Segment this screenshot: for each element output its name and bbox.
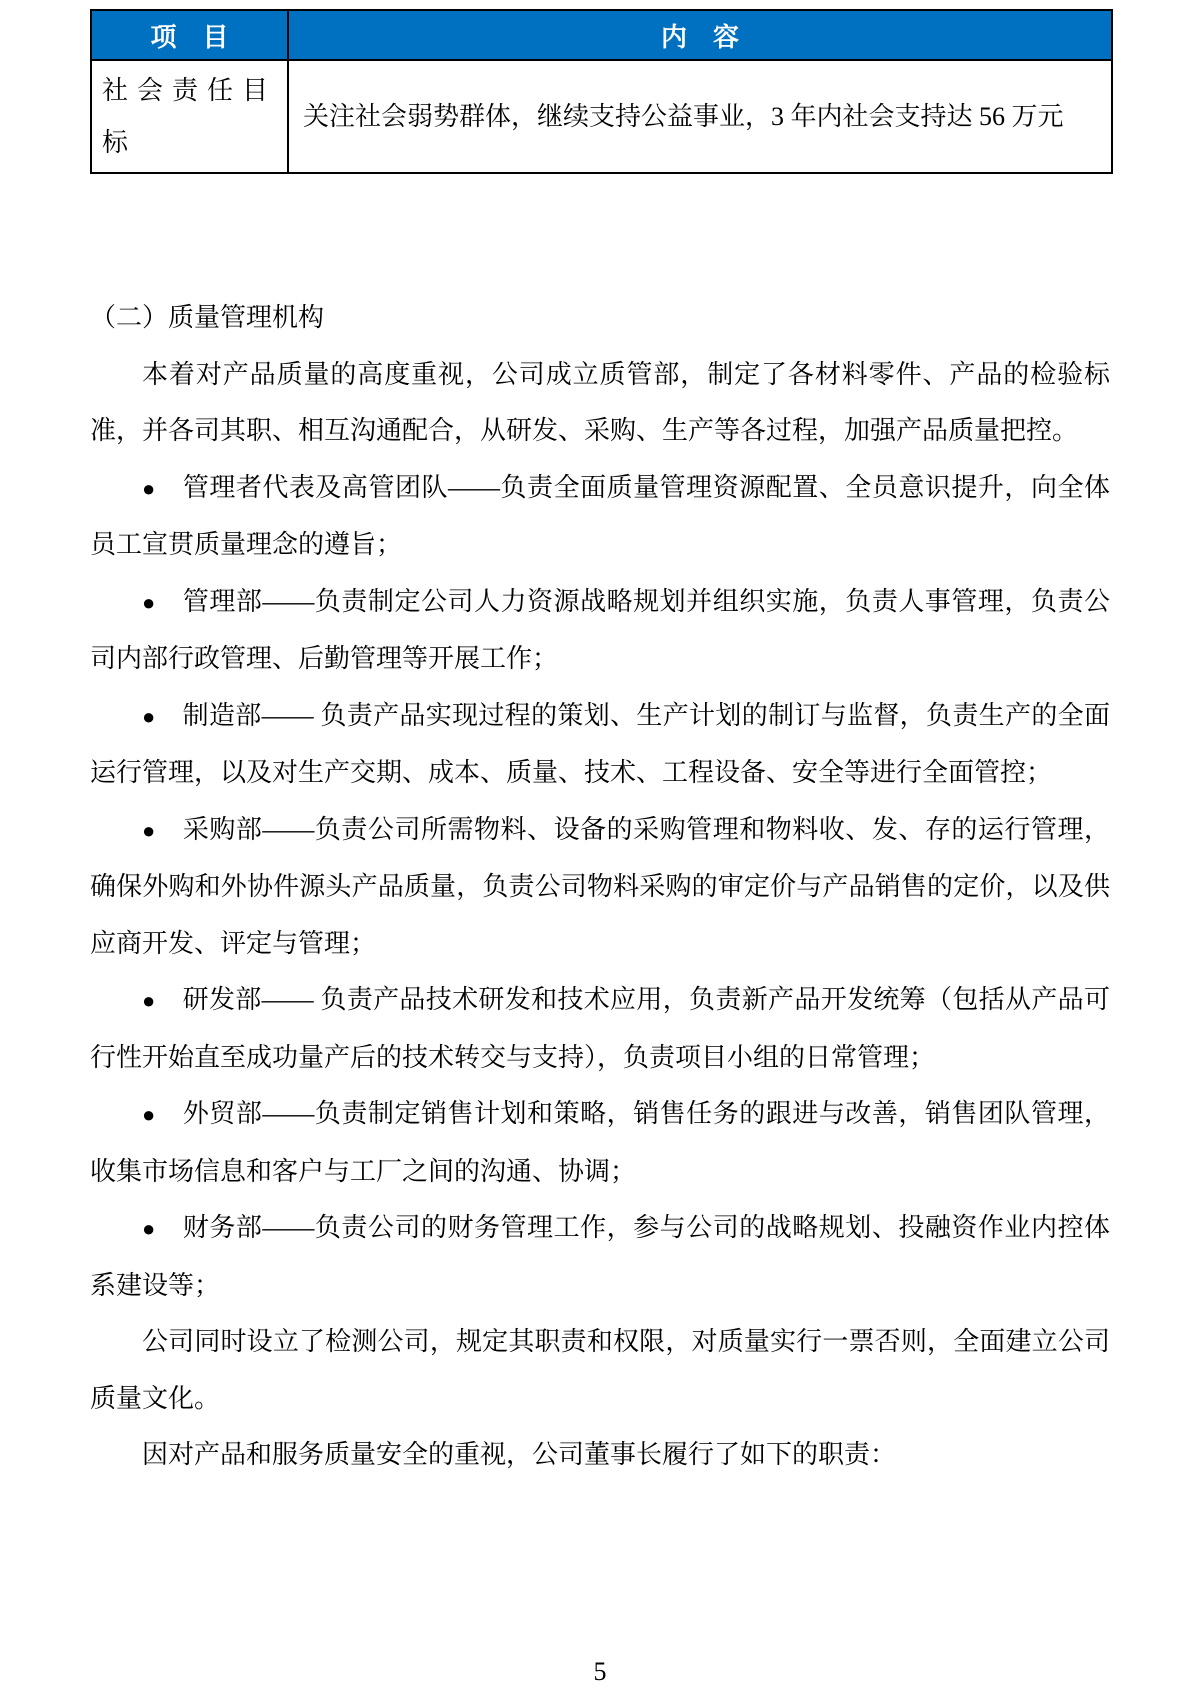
bullet-item: ●财务部——负责公司的财务管理工作，参与公司的战略规划、投融资作业内控体系建设等… [90, 1200, 1110, 1314]
bullet-text: 管理者代表及高管团队——负责全面质量管理资源配置、全员意识提升，向全体员工宣贯质… [90, 473, 1110, 560]
bullet-dot-icon: ● [142, 476, 156, 501]
closing-paragraph-2: 因对产品和服务质量安全的重视，公司董事长履行了如下的职责： [90, 1427, 1110, 1484]
bullet-dot-icon: ● [142, 818, 156, 843]
section-heading: （二）质量管理机构 [90, 290, 1110, 347]
table-cell-item: 社会责任目标 [91, 60, 288, 173]
bullet-dot-icon: ● [142, 988, 156, 1013]
closing-paragraph-1: 公司同时设立了检测公司，规定其职责和权限，对质量实行一票否则，全面建立公司质量文… [90, 1314, 1110, 1427]
bullet-item: ●采购部——负责公司所需物料、设备的采购管理和物料收、发、存的运行管理，确保外购… [90, 802, 1110, 973]
bullet-item: ●研发部—— 负责产品技术研发和技术应用，负责新产品开发统筹（包括从产品可行性开… [90, 972, 1110, 1086]
bullet-text: 外贸部——负责制定销售计划和策略，销售任务的跟进与改善，销售团队管理，收集市场信… [90, 1099, 1110, 1186]
bullet-item: ●管理部——负责制定公司人力资源战略规划并组织实施，负责人事管理，负责公司内部行… [90, 574, 1110, 688]
bullet-text: 管理部——负责制定公司人力资源战略规划并组织实施，负责人事管理，负责公司内部行政… [90, 587, 1110, 674]
table-cell-content: 关注社会弱势群体，继续支持公益事业，3 年内社会支持达 56 万元 [288, 60, 1112, 173]
bullet-dot-icon: ● [142, 1102, 156, 1127]
bullet-item: ●管理者代表及高管团队——负责全面质量管理资源配置、全员意识提升，向全体员工宣贯… [90, 460, 1110, 574]
bullet-text: 研发部—— 负责产品技术研发和技术应用，负责新产品开发统筹（包括从产品可行性开始… [90, 985, 1110, 1072]
bullet-item: ●制造部—— 负责产品实现过程的策划、生产计划的制订与监督，负责生产的全面运行管… [90, 688, 1110, 802]
bullet-item: ●外贸部——负责制定销售计划和策略，销售任务的跟进与改善，销售团队管理，收集市场… [90, 1086, 1110, 1200]
table-header-item: 项 目 [91, 10, 288, 60]
document-page: 项 目 内 容 社会责任目标 关注社会弱势群体，继续支持公益事业，3 年内社会支… [0, 0, 1200, 1697]
table-header-content: 内 容 [288, 10, 1112, 60]
page-number: 5 [0, 1652, 1200, 1692]
bullet-dot-icon: ● [142, 1216, 156, 1241]
bullet-dot-icon: ● [142, 590, 156, 615]
bullet-text: 采购部——负责公司所需物料、设备的采购管理和物料收、发、存的运行管理，确保外购和… [90, 815, 1110, 958]
intro-paragraph: 本着对产品质量的高度重视，公司成立质管部，制定了各材料零件、产品的检验标准，并各… [90, 347, 1110, 460]
table-header-row: 项 目 内 容 [91, 10, 1112, 60]
table-row: 社会责任目标 关注社会弱势群体，继续支持公益事业，3 年内社会支持达 56 万元 [91, 60, 1112, 173]
section-body: （二）质量管理机构 本着对产品质量的高度重视，公司成立质管部，制定了各材料零件、… [90, 290, 1110, 1484]
bullet-dot-icon: ● [142, 704, 156, 729]
bullet-text: 财务部——负责公司的财务管理工作，参与公司的战略规划、投融资作业内控体系建设等； [90, 1213, 1110, 1300]
bullet-text: 制造部—— 负责产品实现过程的策划、生产计划的制订与监督，负责生产的全面运行管理… [90, 701, 1110, 788]
company-goal-table: 项 目 内 容 社会责任目标 关注社会弱势群体，继续支持公益事业，3 年内社会支… [90, 9, 1113, 174]
